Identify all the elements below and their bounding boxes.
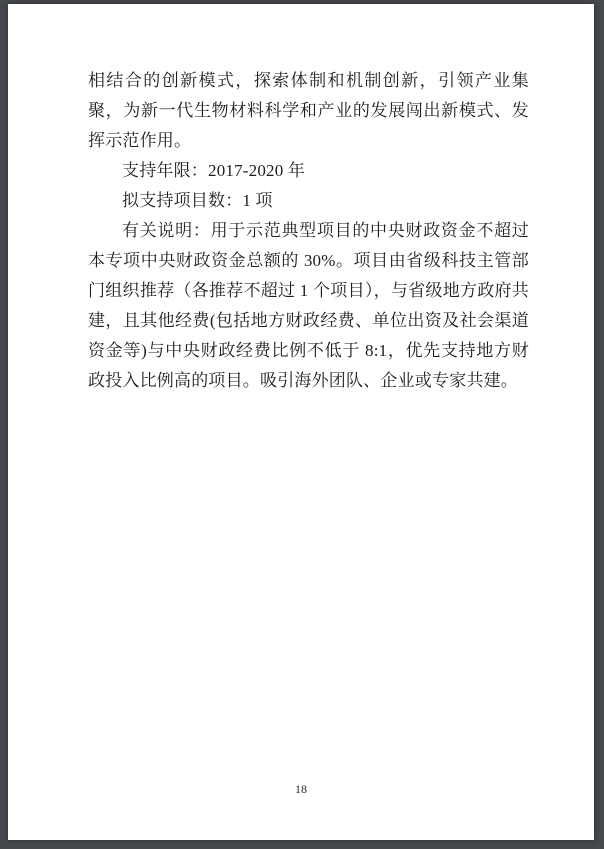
viewer-background: 相结合的创新模式，探索体制和机制创新，引领产业集聚，为新一代生物材料科学和产业的… <box>0 0 604 849</box>
document-page: 相结合的创新模式，探索体制和机制创新，引领产业集聚，为新一代生物材料科学和产业的… <box>8 4 594 840</box>
paragraph-innovation-model: 相结合的创新模式，探索体制和机制创新，引领产业集聚，为新一代生物材料科学和产业的… <box>88 66 529 156</box>
paragraph-support-years: 支持年限：2017-2020 年 <box>88 156 529 186</box>
paragraph-related-notes: 有关说明：用于示范典型项目的中央财政资金不超过本专项中央财政资金总额的 30%。… <box>88 216 529 396</box>
page-number: 18 <box>8 782 594 796</box>
paragraph-project-count: 拟支持项目数：1 项 <box>88 186 529 216</box>
text-block: 相结合的创新模式，探索体制和机制创新，引领产业集聚，为新一代生物材料科学和产业的… <box>88 66 529 396</box>
